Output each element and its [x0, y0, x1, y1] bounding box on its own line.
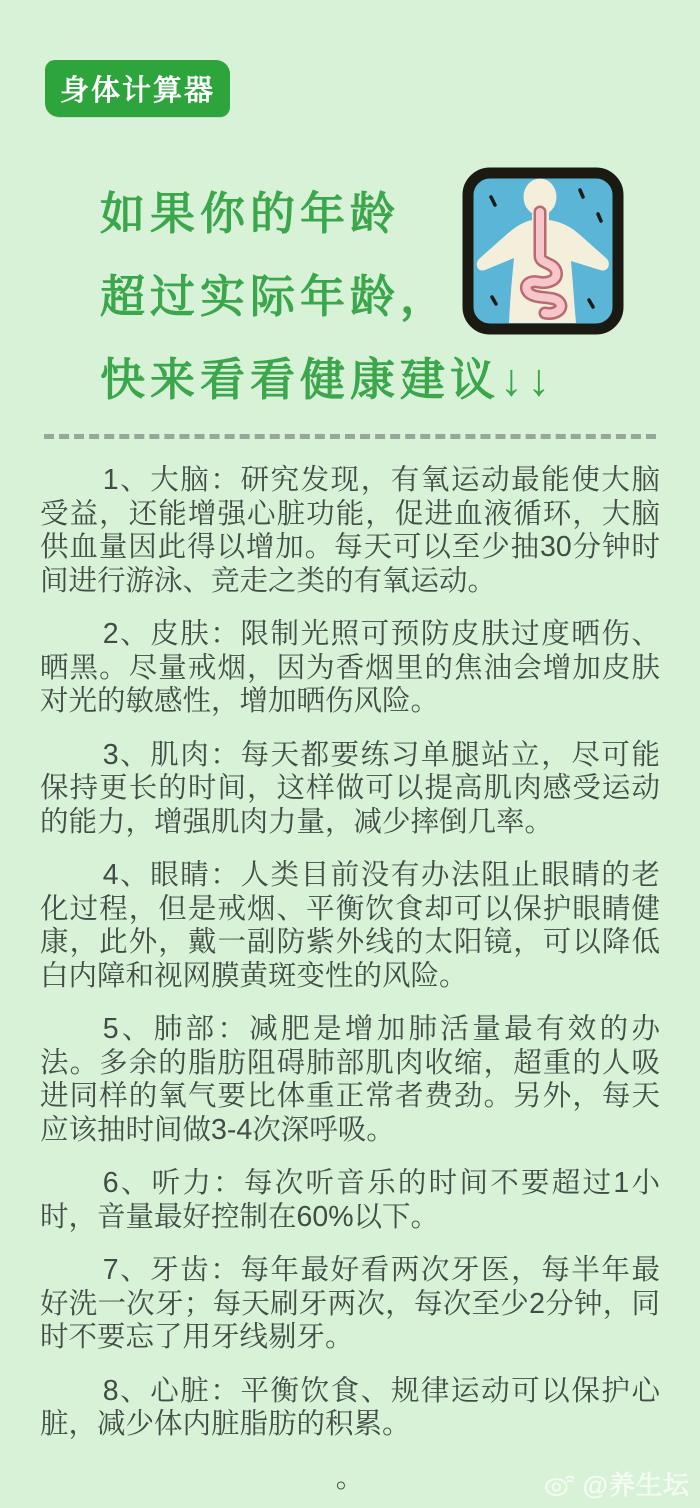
- headline-line-3: 快来看看健康建议↓↓: [100, 338, 555, 421]
- health-tip-paragraph-muscle: 3、肌肉：每天都要练习单腿站立，尽可能保持更长的时间，这样做可以提高肌肉感受运动…: [40, 739, 660, 840]
- dashed-divider: [44, 434, 656, 439]
- body-digestive-organs-icon: [461, 166, 625, 336]
- infographic-page: { "page": { "colors": { "background": "#…: [0, 0, 700, 1508]
- title-badge: 身体计算器: [45, 60, 230, 117]
- health-tip-paragraph-skin: 2、皮肤：限制光照可预防皮肤过度晒伤、晒黑。尽量戒烟，因为香烟里的焦油会增加皮肤…: [40, 618, 660, 719]
- health-tip-paragraph-hearing: 6、听力：每次听音乐的时间不要超过1小时，音量最好控制在60%以下。: [40, 1167, 660, 1234]
- health-tip-paragraph-teeth: 7、牙齿：每年最好看两次牙医，每半年最好洗一次牙；每天刷牙两次，每次至少2分钟，…: [40, 1254, 660, 1355]
- health-tip-paragraph-eyes: 4、眼睛：人类目前没有办法阻止眼睛的老化过程，但是戒烟、平衡饮食却可以保护眼睛健…: [40, 859, 660, 993]
- watermark: @养生坛: [544, 1465, 690, 1502]
- weibo-camera-icon: [544, 1470, 576, 1497]
- health-tips-article: 1、大脑：研究发现，有氧运动最能使大脑受益，还能增强心脏功能，促进血液循环，大脑…: [40, 464, 660, 1508]
- health-tip-paragraph-heart: 8、心脏：平衡饮食、规律运动可以保护心脏，减少体内脏脂肪的积累。: [40, 1375, 660, 1442]
- health-tip-paragraph-lungs: 5、肺部：减肥是增加肺活量最有效的办法。多余的脂肪阻碍肺部肌肉收缩，超重的人吸进…: [40, 1013, 660, 1147]
- watermark-handle: @养生坛: [583, 1465, 690, 1502]
- health-tip-paragraph-brain: 1、大脑：研究发现，有氧运动最能使大脑受益，还能增强心脏功能，促进血液循环，大脑…: [40, 464, 660, 598]
- body-digestive-organs-illustration: [461, 166, 625, 336]
